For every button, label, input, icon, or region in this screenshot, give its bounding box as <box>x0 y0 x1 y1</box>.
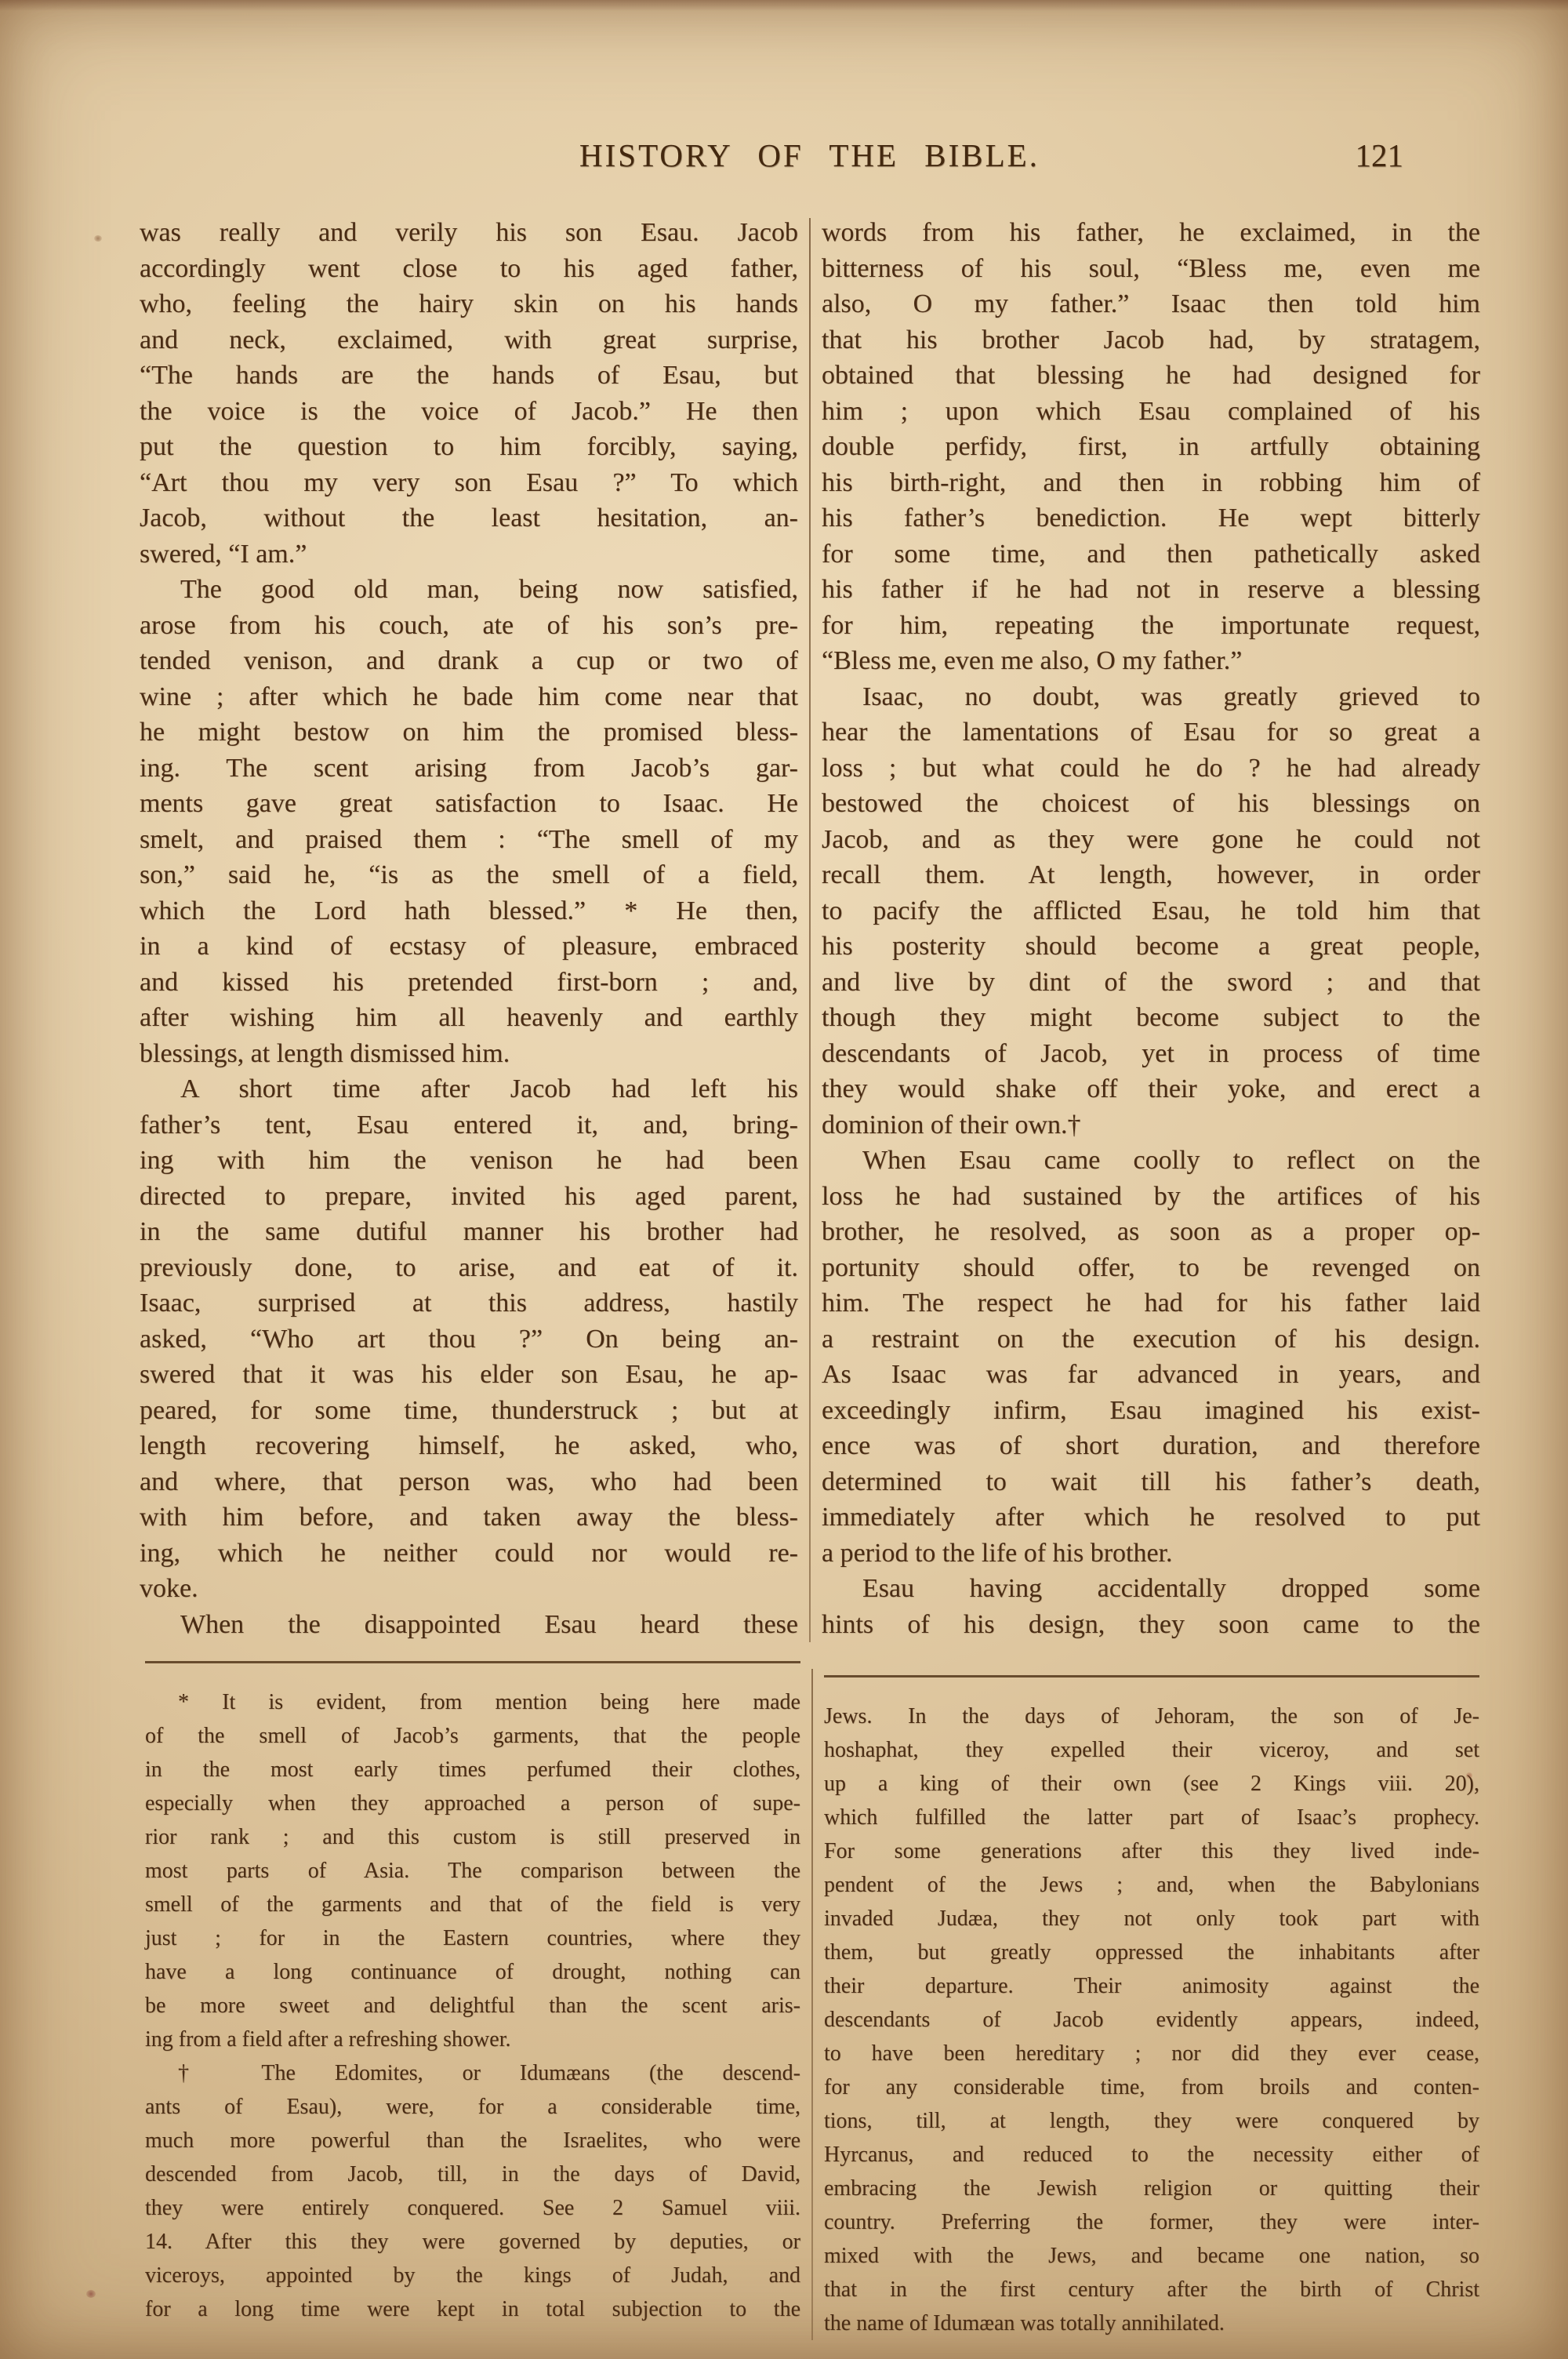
text-line: When Esau came coolly to reflect on the <box>822 1143 1480 1179</box>
text-line: be more sweet and delightful than the sc… <box>145 1989 800 2023</box>
text-line: also, O my father.” Isaac then told him <box>822 286 1480 322</box>
text-line: Isaac, no doubt, was greatly grieved to <box>822 679 1480 715</box>
text-line: swered, “I am.” <box>140 536 798 572</box>
page-header: HISTORY OF THE BIBLE. 121 <box>137 136 1482 184</box>
text-line: country. Preferring the former, they wer… <box>824 2205 1479 2239</box>
text-line: for him, repeating the importunate reque… <box>822 608 1480 644</box>
text-line: them, but greatly oppressed the inhabita… <box>824 1936 1479 1969</box>
text-line: portunity should offer, to be revenged o… <box>822 1250 1480 1286</box>
text-line: recall them. At length, however, in orde… <box>822 857 1480 893</box>
text-line: though they might become subject to the <box>822 1000 1480 1036</box>
text-line: words from his father, he exclaimed, in … <box>822 215 1480 251</box>
text-line: and live by dint of the sword ; and that <box>822 965 1480 1001</box>
text-line: much more powerful than the Israelites, … <box>145 2124 800 2157</box>
page-number: 121 <box>1356 136 1404 174</box>
text-line: in the same dutiful manner his brother h… <box>140 1214 798 1250</box>
page-top-shadow <box>0 0 1568 11</box>
text-line: bestowed the choicest of his blessings o… <box>822 786 1480 822</box>
text-line: they were entirely conquered. See 2 Samu… <box>145 2191 800 2225</box>
text-line: of the smell of Jacob’s garments, that t… <box>145 1719 800 1753</box>
text-line: exceedingly infirm, Esau imagined his ex… <box>822 1393 1480 1429</box>
column-divider-rule <box>809 218 811 1642</box>
text-line: “Art thou my very son Esau ?” To which <box>140 465 798 501</box>
text-line: up a king of their own (see 2 Kings viii… <box>824 1767 1479 1801</box>
footnote-column-right: Jews. In the days of Jehoram, the son of… <box>824 1675 1479 2340</box>
text-line: ing, which he neither could nor would re… <box>140 1536 798 1572</box>
text-line: voke. <box>140 1571 798 1607</box>
text-line: his birth-right, and then in robbing him… <box>822 465 1480 501</box>
text-line: for a long time were kept in total subje… <box>145 2292 800 2326</box>
text-line: The good old man, being now satisfied, <box>140 572 798 608</box>
text-line: have a long continuance of drought, noth… <box>145 1955 800 1989</box>
book-page: HISTORY OF THE BIBLE. 121 was really and… <box>0 0 1568 2359</box>
text-line: determined to wait till his father’s dea… <box>822 1464 1480 1500</box>
text-line: son,” said he, “is as the smell of a fie… <box>140 857 798 893</box>
text-line: him ; upon which Esau complained of his <box>822 394 1480 430</box>
text-line: descended from Jacob, till, in the days … <box>145 2157 800 2191</box>
text-line: descendants of Jacob, yet in process of … <box>822 1036 1480 1072</box>
text-line: that in the first century after the birt… <box>824 2273 1479 2306</box>
text-line: their departure. Their animosity against… <box>824 1969 1479 2003</box>
text-line: his father’s benediction. He wept bitter… <box>822 500 1480 536</box>
text-line: rior rank ; and this custom is still pre… <box>145 1820 800 1854</box>
text-line: his posterity should become a great peop… <box>822 929 1480 965</box>
text-line: previously done, to arise, and eat of it… <box>140 1250 798 1286</box>
text-line: in a kind of ecstasy of pleasure, embrac… <box>140 929 798 965</box>
text-line: to pacify the afflicted Esau, he told hi… <box>822 893 1480 929</box>
text-line: smelt, and praised them : “The smell of … <box>140 822 798 858</box>
text-line: which the Lord hath blessed.” * He then, <box>140 893 798 929</box>
text-line: he might bestow on him the promised bles… <box>140 714 798 751</box>
text-line: put the question to him forcibly, saying… <box>140 429 798 465</box>
text-line: When the disappointed Esau heard these <box>140 1607 798 1643</box>
footnote-column-left: * It is evident, from mention being here… <box>145 1661 800 2340</box>
text-line: bitterness of his soul, “Bless me, even … <box>822 251 1480 287</box>
book-binding-edge <box>0 0 20 2359</box>
text-line: after wishing him all heavenly and earth… <box>140 1000 798 1036</box>
text-line: obtained that blessing he had designed f… <box>822 358 1480 394</box>
text-line: him. The respect he had for his father l… <box>822 1285 1480 1321</box>
text-line: hints of his design, they soon came to t… <box>822 1607 1480 1643</box>
running-title: HISTORY OF THE BIBLE. <box>137 136 1482 174</box>
text-line: * It is evident, from mention being here… <box>145 1685 800 1719</box>
text-line: the voice is the voice of Jacob.” He the… <box>140 394 798 430</box>
text-line: to have been hereditary ; nor did they e… <box>824 2037 1479 2070</box>
text-line: 14. After this they were governed by dep… <box>145 2225 800 2259</box>
text-line: peared, for some time, thunderstruck ; b… <box>140 1393 798 1429</box>
text-line: immediately after which he resolved to p… <box>822 1499 1480 1536</box>
text-line: † The Edomites, or Idumæans (the descend… <box>145 2056 800 2090</box>
text-line: loss ; but what could he do ? he had alr… <box>822 751 1480 787</box>
text-line: wine ; after which he bade him come near… <box>140 679 798 715</box>
text-line: ing. The scent arising from Jacob’s gar- <box>140 751 798 787</box>
text-line: invaded Judæa, they not only took part w… <box>824 1902 1479 1936</box>
text-line: ence was of short duration, and therefor… <box>822 1428 1480 1464</box>
text-line: for some time, and then pathetically ask… <box>822 536 1480 572</box>
text-line: that his brother Jacob had, by stratagem… <box>822 322 1480 358</box>
text-line: hear the lamentations of Esau for so gre… <box>822 714 1480 751</box>
text-line: loss he had sustained by the artifices o… <box>822 1179 1480 1215</box>
main-text-area: was really and verily his son Esau. Jaco… <box>140 215 1485 1642</box>
text-line: tended venison, and drank a cup or two o… <box>140 643 798 679</box>
text-line: for any considerable time, from broils a… <box>824 2070 1479 2104</box>
main-column-right: words from his father, he exclaimed, in … <box>822 215 1480 1642</box>
text-line: in the most early times perfumed their c… <box>145 1753 800 1787</box>
footnote-divider-rule <box>811 1669 813 2340</box>
text-line: As Isaac was far advanced in years, and <box>822 1357 1480 1393</box>
text-line: A short time after Jacob had left his <box>140 1071 798 1107</box>
text-line: who, feeling the hairy skin on his hands <box>140 286 798 322</box>
text-line: the name of Idumæan was totally annihila… <box>824 2306 1479 2340</box>
text-line: most parts of Asia. The comparison betwe… <box>145 1854 800 1888</box>
paper-stain <box>94 235 102 242</box>
text-line: swered that it was his elder son Esau, h… <box>140 1357 798 1393</box>
text-line: a restraint on the execution of his desi… <box>822 1321 1480 1358</box>
text-line: dominion of their own.† <box>822 1107 1480 1143</box>
text-line: hoshaphat, they expelled their viceroy, … <box>824 1733 1479 1767</box>
text-line: Jews. In the days of Jehoram, the son of… <box>824 1699 1479 1733</box>
text-line: “The hands are the hands of Esau, but <box>140 358 798 394</box>
text-line: they would shake off their yoke, and ere… <box>822 1071 1480 1107</box>
text-line: embracing the Jewish religion or quittin… <box>824 2172 1479 2205</box>
text-line: which fulfilled the latter part of Isaac… <box>824 1801 1479 1834</box>
text-line: and where, that person was, who had been <box>140 1464 798 1500</box>
footnote-area: * It is evident, from mention being here… <box>145 1661 1483 2340</box>
main-column-left: was really and verily his son Esau. Jaco… <box>140 215 798 1642</box>
text-line: and kissed his pretended first-born ; an… <box>140 965 798 1001</box>
text-line: asked, “Who art thou ?” On being an- <box>140 1321 798 1358</box>
text-line: especially when they approached a person… <box>145 1787 800 1820</box>
text-line: tions, till, at length, they were conque… <box>824 2104 1479 2138</box>
text-line: Hyrcanus, and reduced to the necessity e… <box>824 2138 1479 2172</box>
text-line: with him before, and taken away the bles… <box>140 1499 798 1536</box>
text-line: length recovering himself, he asked, who… <box>140 1428 798 1464</box>
text-line: ants of Esau), were, for a considerable … <box>145 2090 800 2124</box>
text-line: mixed with the Jews, and became one nati… <box>824 2239 1479 2273</box>
text-line: pendent of the Jews ; and, when the Baby… <box>824 1868 1479 1902</box>
text-line: descendants of Jacob evidently appears, … <box>824 2003 1479 2037</box>
text-line: accordingly went close to his aged fathe… <box>140 251 798 287</box>
text-line: For some generations after this they liv… <box>824 1834 1479 1868</box>
paper-stain <box>86 2290 96 2298</box>
text-line: ing from a field after a refreshing show… <box>145 2023 800 2056</box>
text-line: father’s tent, Esau entered it, and, bri… <box>140 1107 798 1143</box>
text-line: “Bless me, even me also, O my father.” <box>822 643 1480 679</box>
text-line: arose from his couch, ate of his son’s p… <box>140 608 798 644</box>
text-line: ments gave great satisfaction to Isaac. … <box>140 786 798 822</box>
text-line: ing with him the venison he had been <box>140 1143 798 1179</box>
text-line: brother, he resolved, as soon as a prope… <box>822 1214 1480 1250</box>
text-line: and neck, exclaimed, with great surprise… <box>140 322 798 358</box>
text-line: Jacob, and as they were gone he could no… <box>822 822 1480 858</box>
text-line: just ; for in the Eastern countries, whe… <box>145 1921 800 1955</box>
text-line: was really and verily his son Esau. Jaco… <box>140 215 798 251</box>
text-line: smell of the garments and that of the fi… <box>145 1888 800 1921</box>
text-line: Esau having accidentally dropped some <box>822 1571 1480 1607</box>
text-line: blessings, at length dismissed him. <box>140 1036 798 1072</box>
text-line: a period to the life of his brother. <box>822 1536 1480 1572</box>
text-line: viceroys, appointed by the kings of Juda… <box>145 2259 800 2292</box>
text-line: directed to prepare, invited his aged pa… <box>140 1179 798 1215</box>
text-line: Isaac, surprised at this address, hastil… <box>140 1285 798 1321</box>
text-line: his father if he had not in reserve a bl… <box>822 572 1480 608</box>
text-line: Jacob, without the least hesitation, an- <box>140 500 798 536</box>
text-line: double perfidy, first, in artfully obtai… <box>822 429 1480 465</box>
